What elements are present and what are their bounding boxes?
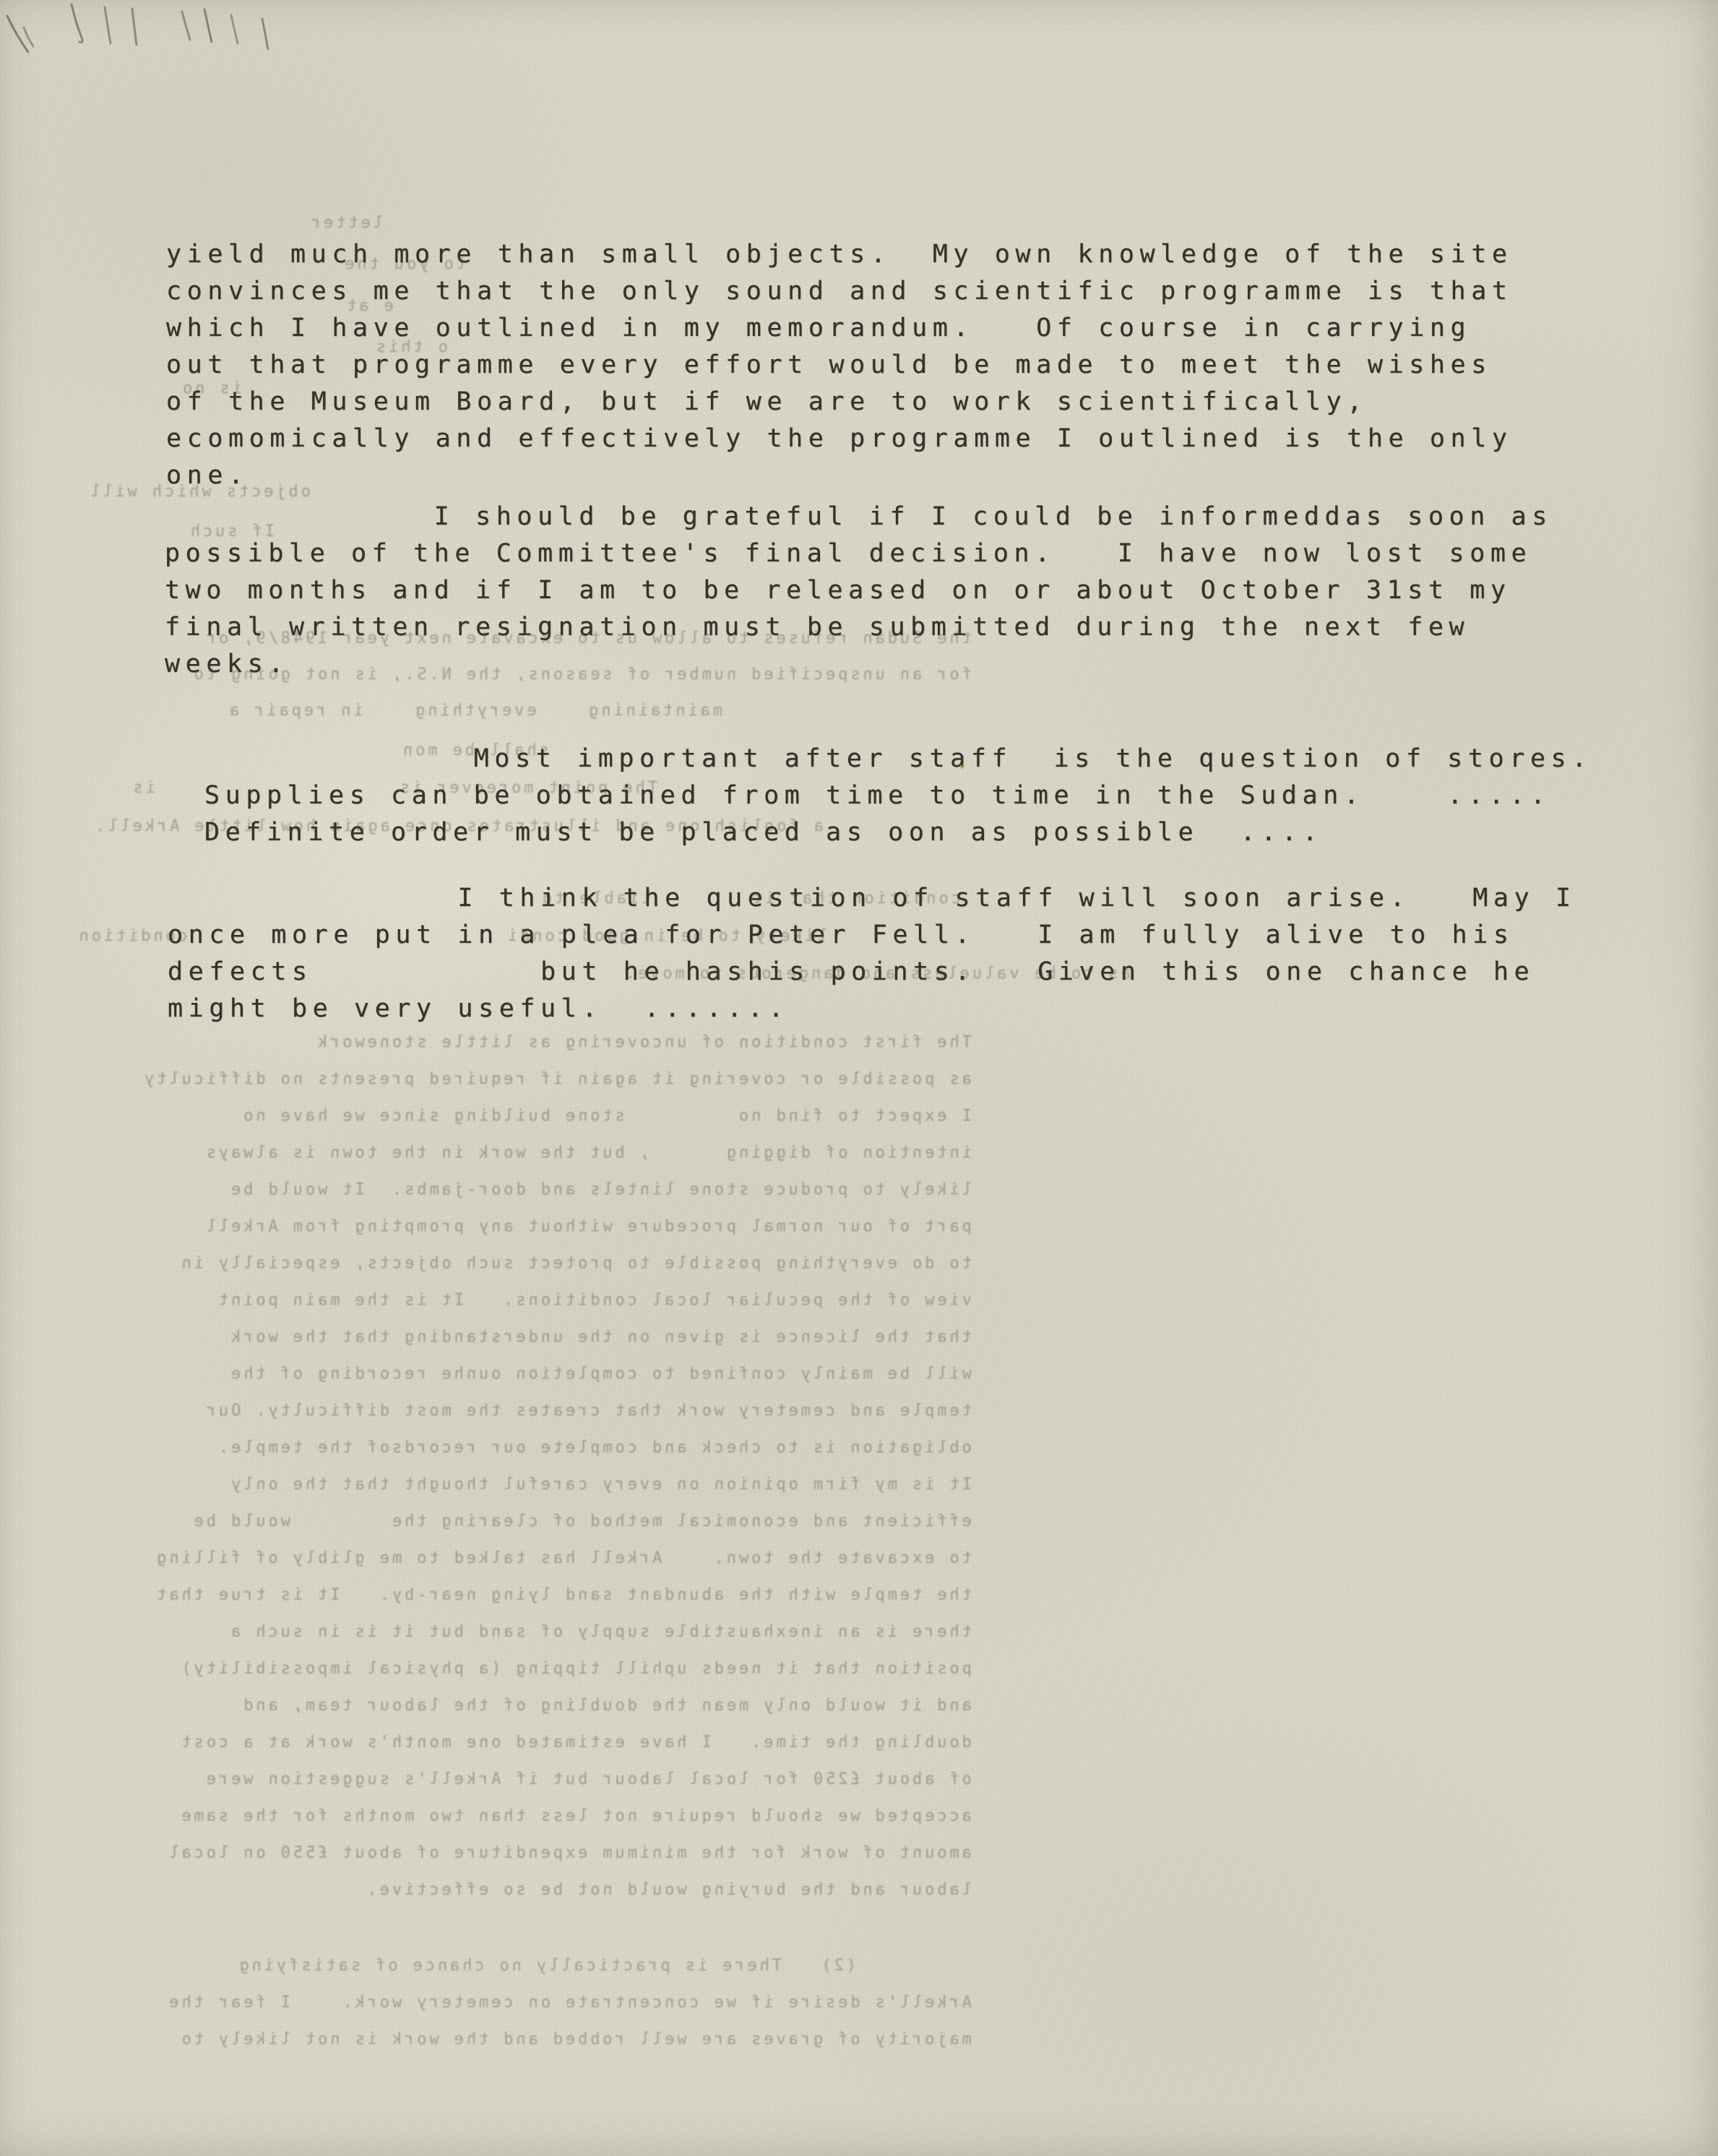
typed-paragraph-4: I think the question of staff will soon … xyxy=(168,880,1576,1027)
paper-speck xyxy=(959,764,964,769)
typed-paragraph-2: I should be grateful if I could be infor… xyxy=(165,499,1553,683)
typed-text-layer: yield much more than small objects. My o… xyxy=(0,0,1718,2156)
typed-paragraph-3: Most important after staff is the questi… xyxy=(204,741,1592,851)
scanned-letter-page: { "document": { "kind": "typewritten let… xyxy=(0,0,1718,2156)
typed-paragraph-1: yield much more than small objects. My o… xyxy=(166,236,1513,494)
pencil-marks xyxy=(0,0,311,87)
